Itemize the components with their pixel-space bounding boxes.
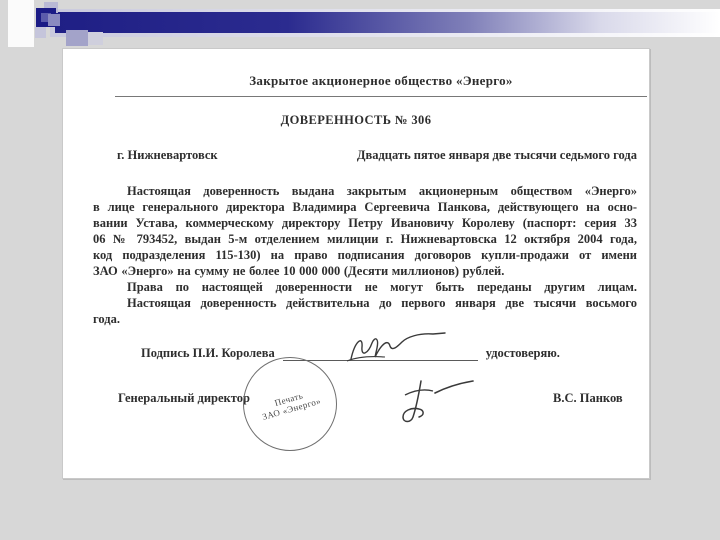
director-title-label: Генеральный директор [118, 391, 250, 406]
body-line: код подразделения 115-130) на право подп… [93, 248, 637, 264]
company-stamp-seal: Печать ЗАО «Энерго» [243, 357, 337, 451]
body-line: Настоящая доверенность выдана закрытым а… [93, 184, 637, 200]
corner-square-periwinkle [66, 30, 88, 46]
corner-square-gray [88, 32, 103, 45]
director-name-label: В.С. Панков [553, 391, 623, 406]
city-label: г. Нижневартовск [93, 148, 218, 163]
scanned-document: Закрытое акционерное общество «Энерго» Д… [62, 48, 650, 479]
city-date-row: г. Нижневартовск Двадцать пятое января д… [93, 148, 637, 163]
signature-suffix-label: удостоверяю. [486, 346, 560, 361]
header-gradient-bar [55, 12, 720, 33]
validity-paragraph-line: Настоящая доверенность действительна до … [93, 296, 637, 312]
body-text: Настоящая доверенность выдана закрытым а… [93, 184, 637, 328]
corner-white-strip [8, 0, 34, 47]
body-line: 06 № 793452, выдан 5-м отделением милици… [93, 232, 637, 248]
stamp-text: Печать ЗАО «Энерго» [258, 386, 322, 422]
rights-paragraph: Права по настоящей доверенности не могут… [93, 280, 637, 296]
corner-square-light-left [35, 27, 46, 38]
body-line: ЗАО «Энерго» на сумму не более 10 000 00… [93, 264, 637, 280]
korolev-signature-icon [341, 327, 451, 365]
pankov-signature-icon [391, 371, 479, 427]
signature-prefix-label: Подпись П.И. Королева [141, 346, 275, 361]
corner-square-blue [48, 14, 60, 26]
company-header: Закрытое акционерное общество «Энерго» [115, 73, 647, 97]
validity-paragraph-line: года. [93, 312, 637, 328]
date-text: Двадцать пятое января две тысячи седьмог… [357, 148, 637, 163]
presentation-slide: Закрытое акционерное общество «Энерго» Д… [0, 0, 720, 540]
body-line: вании Устава, коммерческому директору Пе… [93, 216, 637, 232]
document-title: ДОВЕРЕННОСТЬ № 306 [63, 113, 649, 128]
body-line: в лице генерального директора Владимира … [93, 200, 637, 216]
